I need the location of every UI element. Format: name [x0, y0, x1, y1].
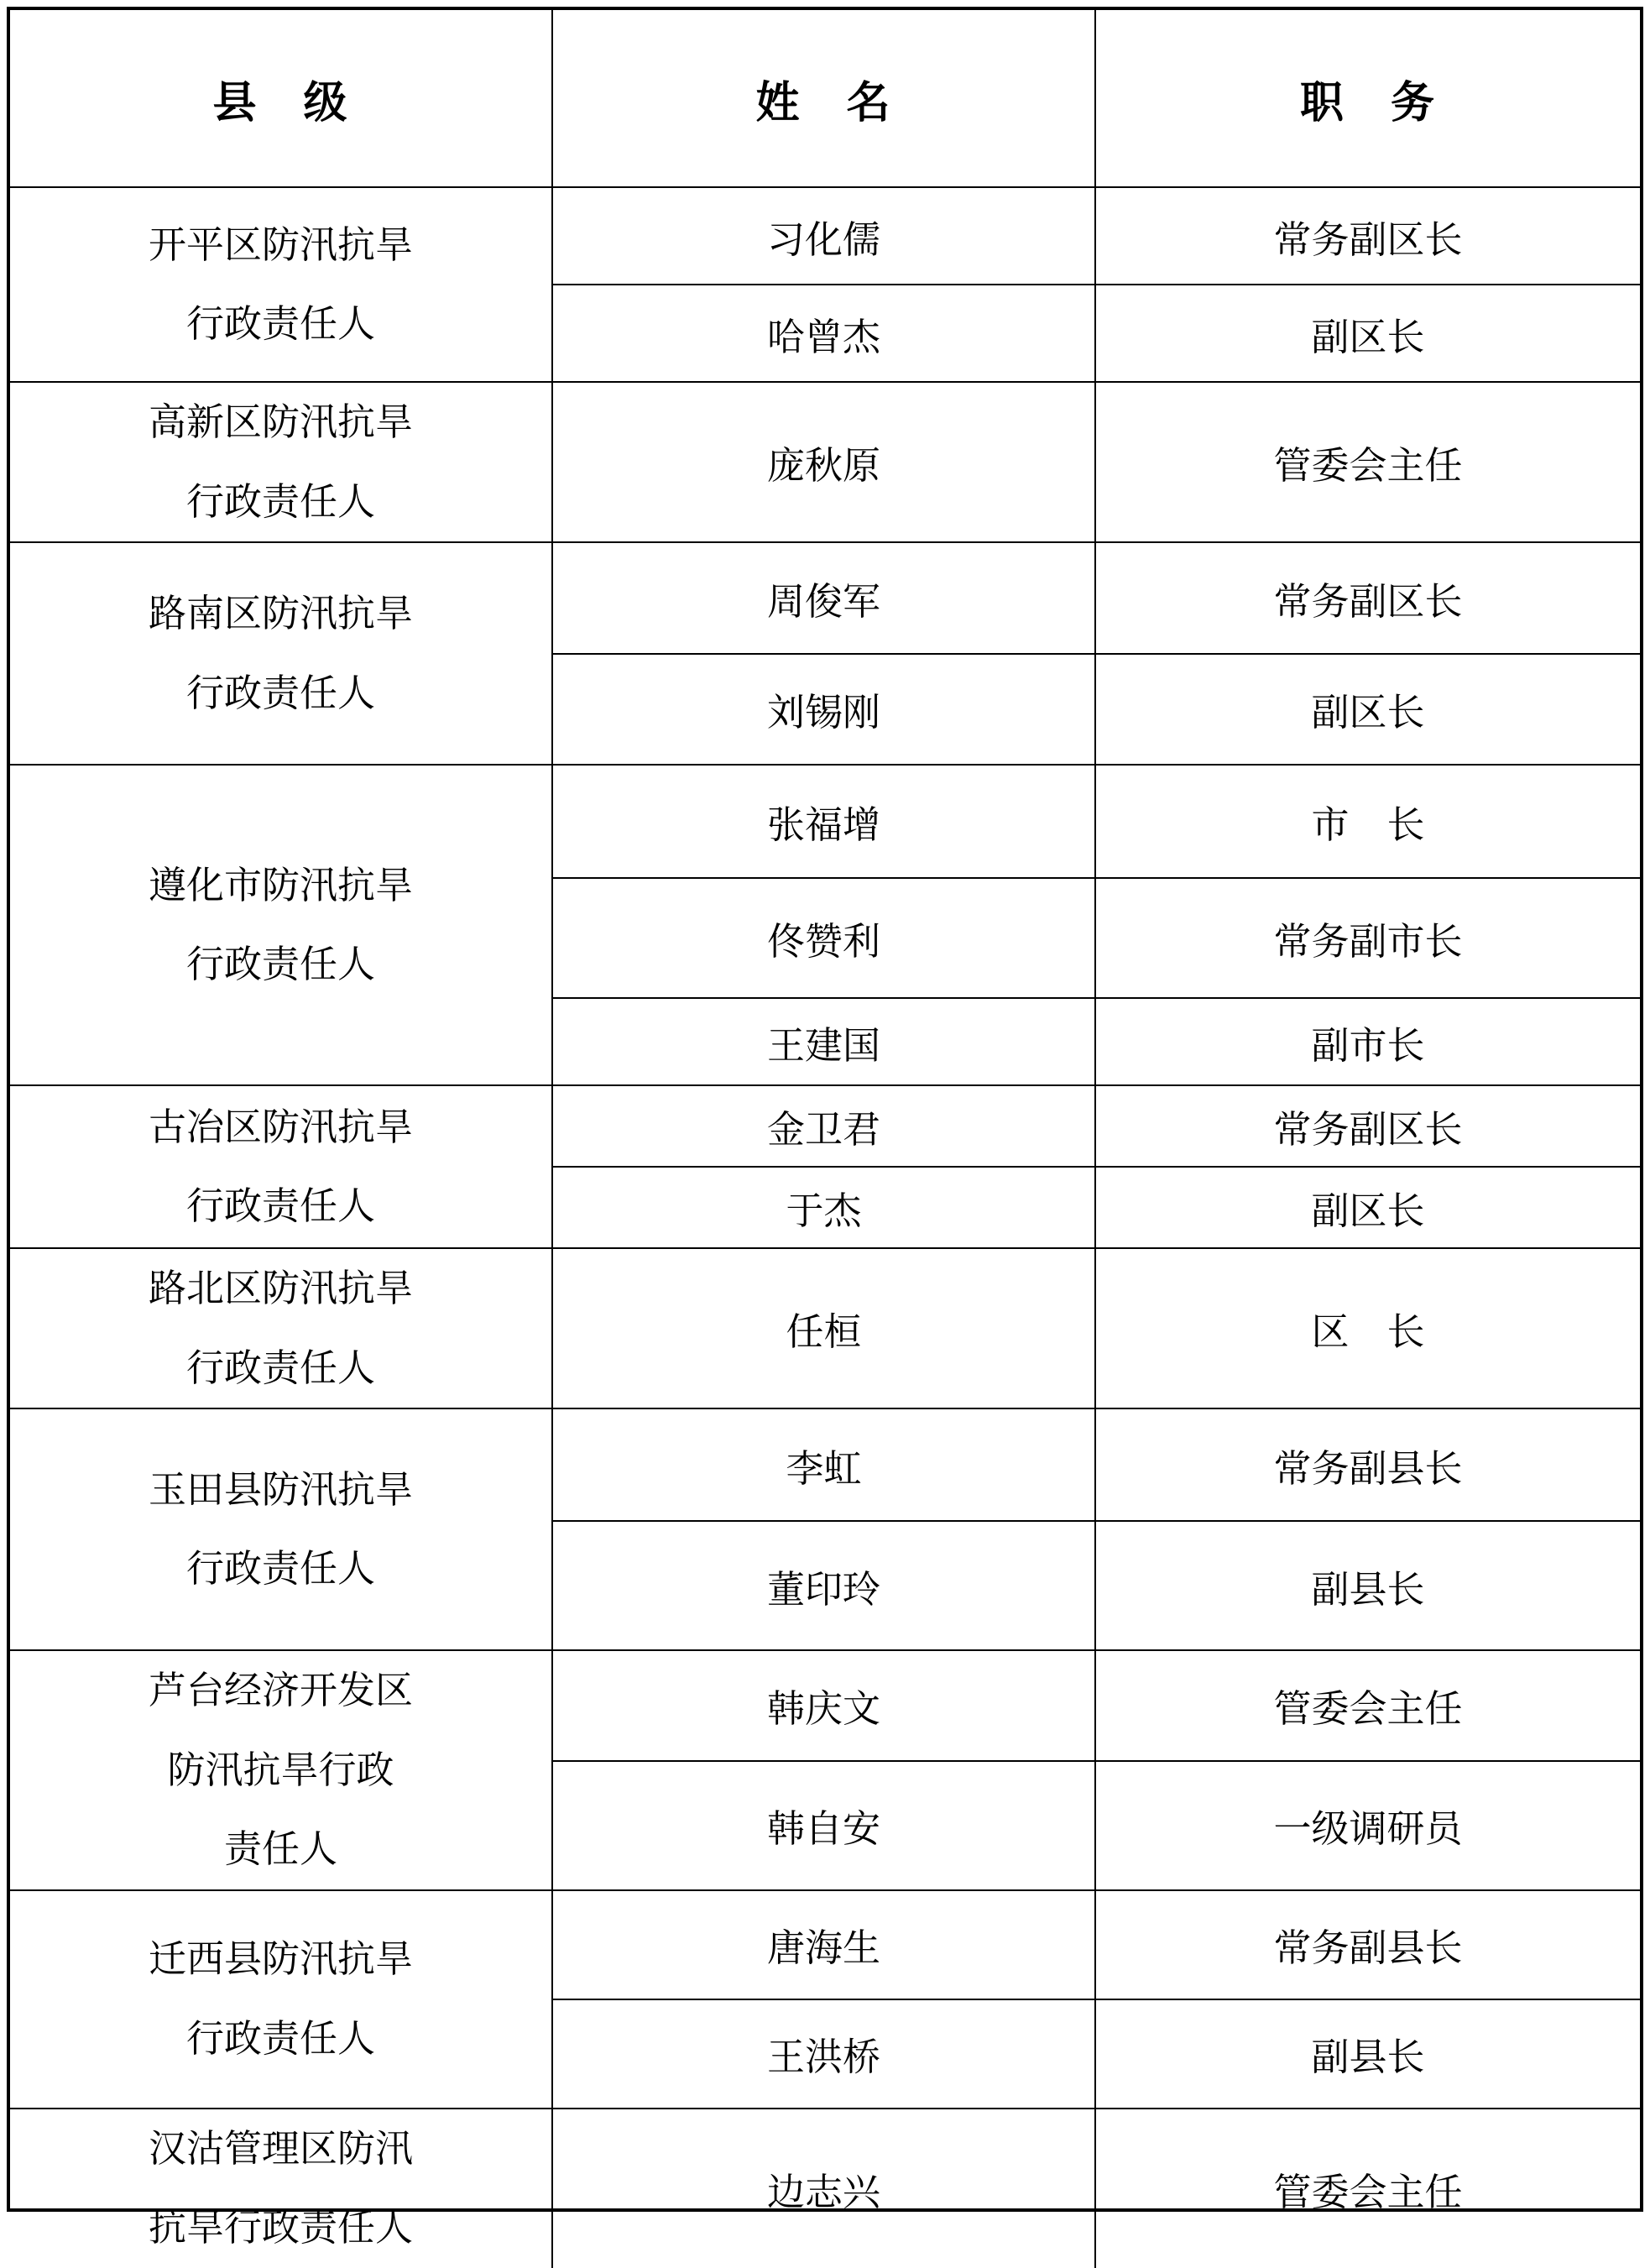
- table-row: 王洪桥 副县长: [553, 2000, 1640, 2108]
- county-cell: 路北区防汛抗旱 行政责任人: [10, 1249, 553, 1408]
- name-cell: 王洪桥: [553, 2000, 1096, 2108]
- name-cell: 唐海生: [553, 1891, 1096, 1999]
- county-cell: 迁西县防汛抗旱 行政责任人: [10, 1891, 553, 2108]
- section-rows: 张福增 市 长 佟赞利 常务副市长 王建国 副市长: [553, 766, 1640, 1084]
- county-cell: 路南区防汛抗旱 行政责任人: [10, 543, 553, 764]
- county-line: 行政责任人: [186, 654, 375, 734]
- title-cell: 常务副区长: [1096, 543, 1640, 653]
- table-section: 遵化市防汛抗旱 行政责任人 张福增 市 长 佟赞利 常务副市长 王建国 副市长: [10, 766, 1640, 1086]
- table-section: 汉沽管理区防汛 抗旱行政责任人 边志兴 管委会主任: [10, 2109, 1640, 2268]
- title-cell: 副市长: [1096, 999, 1640, 1084]
- title-cell: 常务副区长: [1096, 188, 1640, 284]
- header-county: 县 级: [10, 10, 553, 186]
- header-title: 职 务: [1096, 10, 1640, 186]
- table-row: 刘锡刚 副区长: [553, 655, 1640, 765]
- name-cell: 李虹: [553, 1409, 1096, 1520]
- table-row: 边志兴 管委会主任: [553, 2109, 1640, 2268]
- table-row: 周俊军 常务副区长: [553, 543, 1640, 655]
- title-cell: 副县长: [1096, 1522, 1640, 1649]
- table-section: 高新区防汛抗旱 行政责任人 庞秋原 管委会主任: [10, 383, 1640, 543]
- county-cell: 汉沽管理区防汛 抗旱行政责任人: [10, 2109, 553, 2268]
- table-header-row: 县 级 姓 名 职 务: [10, 10, 1640, 188]
- title-cell: 管委会主任: [1096, 2109, 1640, 2268]
- name-cell: 韩自安: [553, 1762, 1096, 1889]
- county-line: 行政责任人: [186, 1999, 375, 2079]
- name-cell: 刘锡刚: [553, 655, 1096, 765]
- title-cell: 常务副县长: [1096, 1891, 1640, 1999]
- table-row: 任桓 区 长: [553, 1249, 1640, 1408]
- county-cell: 芦台经济开发区 防汛抗旱行政 责任人: [10, 1651, 553, 1889]
- name-cell: 佟赞利: [553, 879, 1096, 997]
- table-row: 李虹 常务副县长: [553, 1409, 1640, 1522]
- county-line: 迁西县防汛抗旱: [149, 1920, 413, 1999]
- section-rows: 任桓 区 长: [553, 1249, 1640, 1408]
- title-cell: 副县长: [1096, 2000, 1640, 2108]
- table-row: 唐海生 常务副县长: [553, 1891, 1640, 2000]
- title-cell: 管委会主任: [1096, 1651, 1640, 1760]
- table-row: 王建国 副市长: [553, 999, 1640, 1084]
- county-cell: 遵化市防汛抗旱 行政责任人: [10, 766, 553, 1084]
- name-cell: 韩庆文: [553, 1651, 1096, 1760]
- county-line: 抗旱行政责任人: [149, 2188, 413, 2268]
- table-row: 于杰 副区长: [553, 1168, 1640, 1247]
- county-line: 路南区防汛抗旱: [149, 574, 413, 654]
- section-rows: 金卫君 常务副区长 于杰 副区长: [553, 1086, 1640, 1247]
- table-section: 路北区防汛抗旱 行政责任人 任桓 区 长: [10, 1249, 1640, 1409]
- section-rows: 周俊军 常务副区长 刘锡刚 副区长: [553, 543, 1640, 764]
- county-line: 汉沽管理区防汛: [149, 2109, 413, 2189]
- name-cell: 庞秋原: [553, 383, 1096, 541]
- responsibility-table: 县 级 姓 名 职 务 开平区防汛抗旱 行政责任人 习化儒 常务副区长 哈曾杰 …: [7, 7, 1643, 2212]
- county-line: 行政责任人: [186, 1329, 375, 1408]
- name-cell: 周俊军: [553, 543, 1096, 653]
- county-cell: 高新区防汛抗旱 行政责任人: [10, 383, 553, 541]
- county-cell: 开平区防汛抗旱 行政责任人: [10, 188, 553, 381]
- table-row: 张福增 市 长: [553, 766, 1640, 879]
- title-cell: 常务副市长: [1096, 879, 1640, 997]
- county-line: 行政责任人: [186, 1167, 375, 1246]
- county-line: 行政责任人: [186, 285, 375, 364]
- name-cell: 任桓: [553, 1249, 1096, 1408]
- title-cell: 副区长: [1096, 285, 1640, 381]
- name-cell: 董印玲: [553, 1522, 1096, 1649]
- county-line: 行政责任人: [186, 462, 375, 542]
- name-cell: 边志兴: [553, 2109, 1096, 2268]
- table-row: 庞秋原 管委会主任: [553, 383, 1640, 541]
- section-rows: 习化儒 常务副区长 哈曾杰 副区长: [553, 188, 1640, 381]
- county-line: 古冶区防汛抗旱: [149, 1088, 413, 1168]
- title-cell: 一级调研员: [1096, 1762, 1640, 1889]
- title-cell: 区 长: [1096, 1249, 1640, 1408]
- table-section: 古冶区防汛抗旱 行政责任人 金卫君 常务副区长 于杰 副区长: [10, 1086, 1640, 1249]
- section-rows: 庞秋原 管委会主任: [553, 383, 1640, 541]
- table-section: 芦台经济开发区 防汛抗旱行政 责任人 韩庆文 管委会主任 韩自安 一级调研员: [10, 1651, 1640, 1891]
- table-row: 金卫君 常务副区长: [553, 1086, 1640, 1168]
- county-line: 芦台经济开发区: [149, 1651, 413, 1731]
- county-line: 开平区防汛抗旱: [149, 206, 413, 285]
- table-row: 韩庆文 管委会主任: [553, 1651, 1640, 1762]
- table-row: 哈曾杰 副区长: [553, 285, 1640, 381]
- title-cell: 市 长: [1096, 766, 1640, 877]
- table-row: 习化儒 常务副区长: [553, 188, 1640, 285]
- title-cell: 副区长: [1096, 655, 1640, 765]
- section-rows: 边志兴 管委会主任: [553, 2109, 1640, 2268]
- table-row: 佟赞利 常务副市长: [553, 879, 1640, 999]
- county-line: 行政责任人: [186, 1529, 375, 1609]
- name-cell: 金卫君: [553, 1086, 1096, 1166]
- title-cell: 常务副区长: [1096, 1086, 1640, 1166]
- county-cell: 古冶区防汛抗旱 行政责任人: [10, 1086, 553, 1247]
- county-line: 路北区防汛抗旱: [149, 1249, 413, 1329]
- county-cell: 玉田县防汛抗旱 行政责任人: [10, 1409, 553, 1649]
- table-section: 玉田县防汛抗旱 行政责任人 李虹 常务副县长 董印玲 副县长: [10, 1409, 1640, 1651]
- name-cell: 于杰: [553, 1168, 1096, 1247]
- section-rows: 韩庆文 管委会主任 韩自安 一级调研员: [553, 1651, 1640, 1889]
- county-line: 责任人: [224, 1810, 337, 1889]
- table-section: 路南区防汛抗旱 行政责任人 周俊军 常务副区长 刘锡刚 副区长: [10, 543, 1640, 766]
- name-cell: 王建国: [553, 999, 1096, 1084]
- title-cell: 副区长: [1096, 1168, 1640, 1247]
- county-line: 玉田县防汛抗旱: [149, 1450, 413, 1530]
- county-line: 遵化市防汛抗旱: [149, 846, 413, 926]
- section-rows: 唐海生 常务副县长 王洪桥 副县长: [553, 1891, 1640, 2108]
- document-page: 县 级 姓 名 职 务 开平区防汛抗旱 行政责任人 习化儒 常务副区长 哈曾杰 …: [0, 0, 1650, 2218]
- name-cell: 张福增: [553, 766, 1096, 877]
- county-line: 防汛抗旱行政: [167, 1731, 394, 1811]
- table-section: 开平区防汛抗旱 行政责任人 习化儒 常务副区长 哈曾杰 副区长: [10, 188, 1640, 383]
- county-line: 高新区防汛抗旱: [149, 383, 413, 462]
- section-rows: 李虹 常务副县长 董印玲 副县长: [553, 1409, 1640, 1649]
- table-row: 董印玲 副县长: [553, 1522, 1640, 1649]
- table-section: 迁西县防汛抗旱 行政责任人 唐海生 常务副县长 王洪桥 副县长: [10, 1891, 1640, 2109]
- header-name: 姓 名: [553, 10, 1096, 186]
- title-cell: 常务副县长: [1096, 1409, 1640, 1520]
- title-cell: 管委会主任: [1096, 383, 1640, 541]
- name-cell: 习化儒: [553, 188, 1096, 284]
- table-row: 韩自安 一级调研员: [553, 1762, 1640, 1889]
- county-line: 行政责任人: [186, 925, 375, 1005]
- name-cell: 哈曾杰: [553, 285, 1096, 381]
